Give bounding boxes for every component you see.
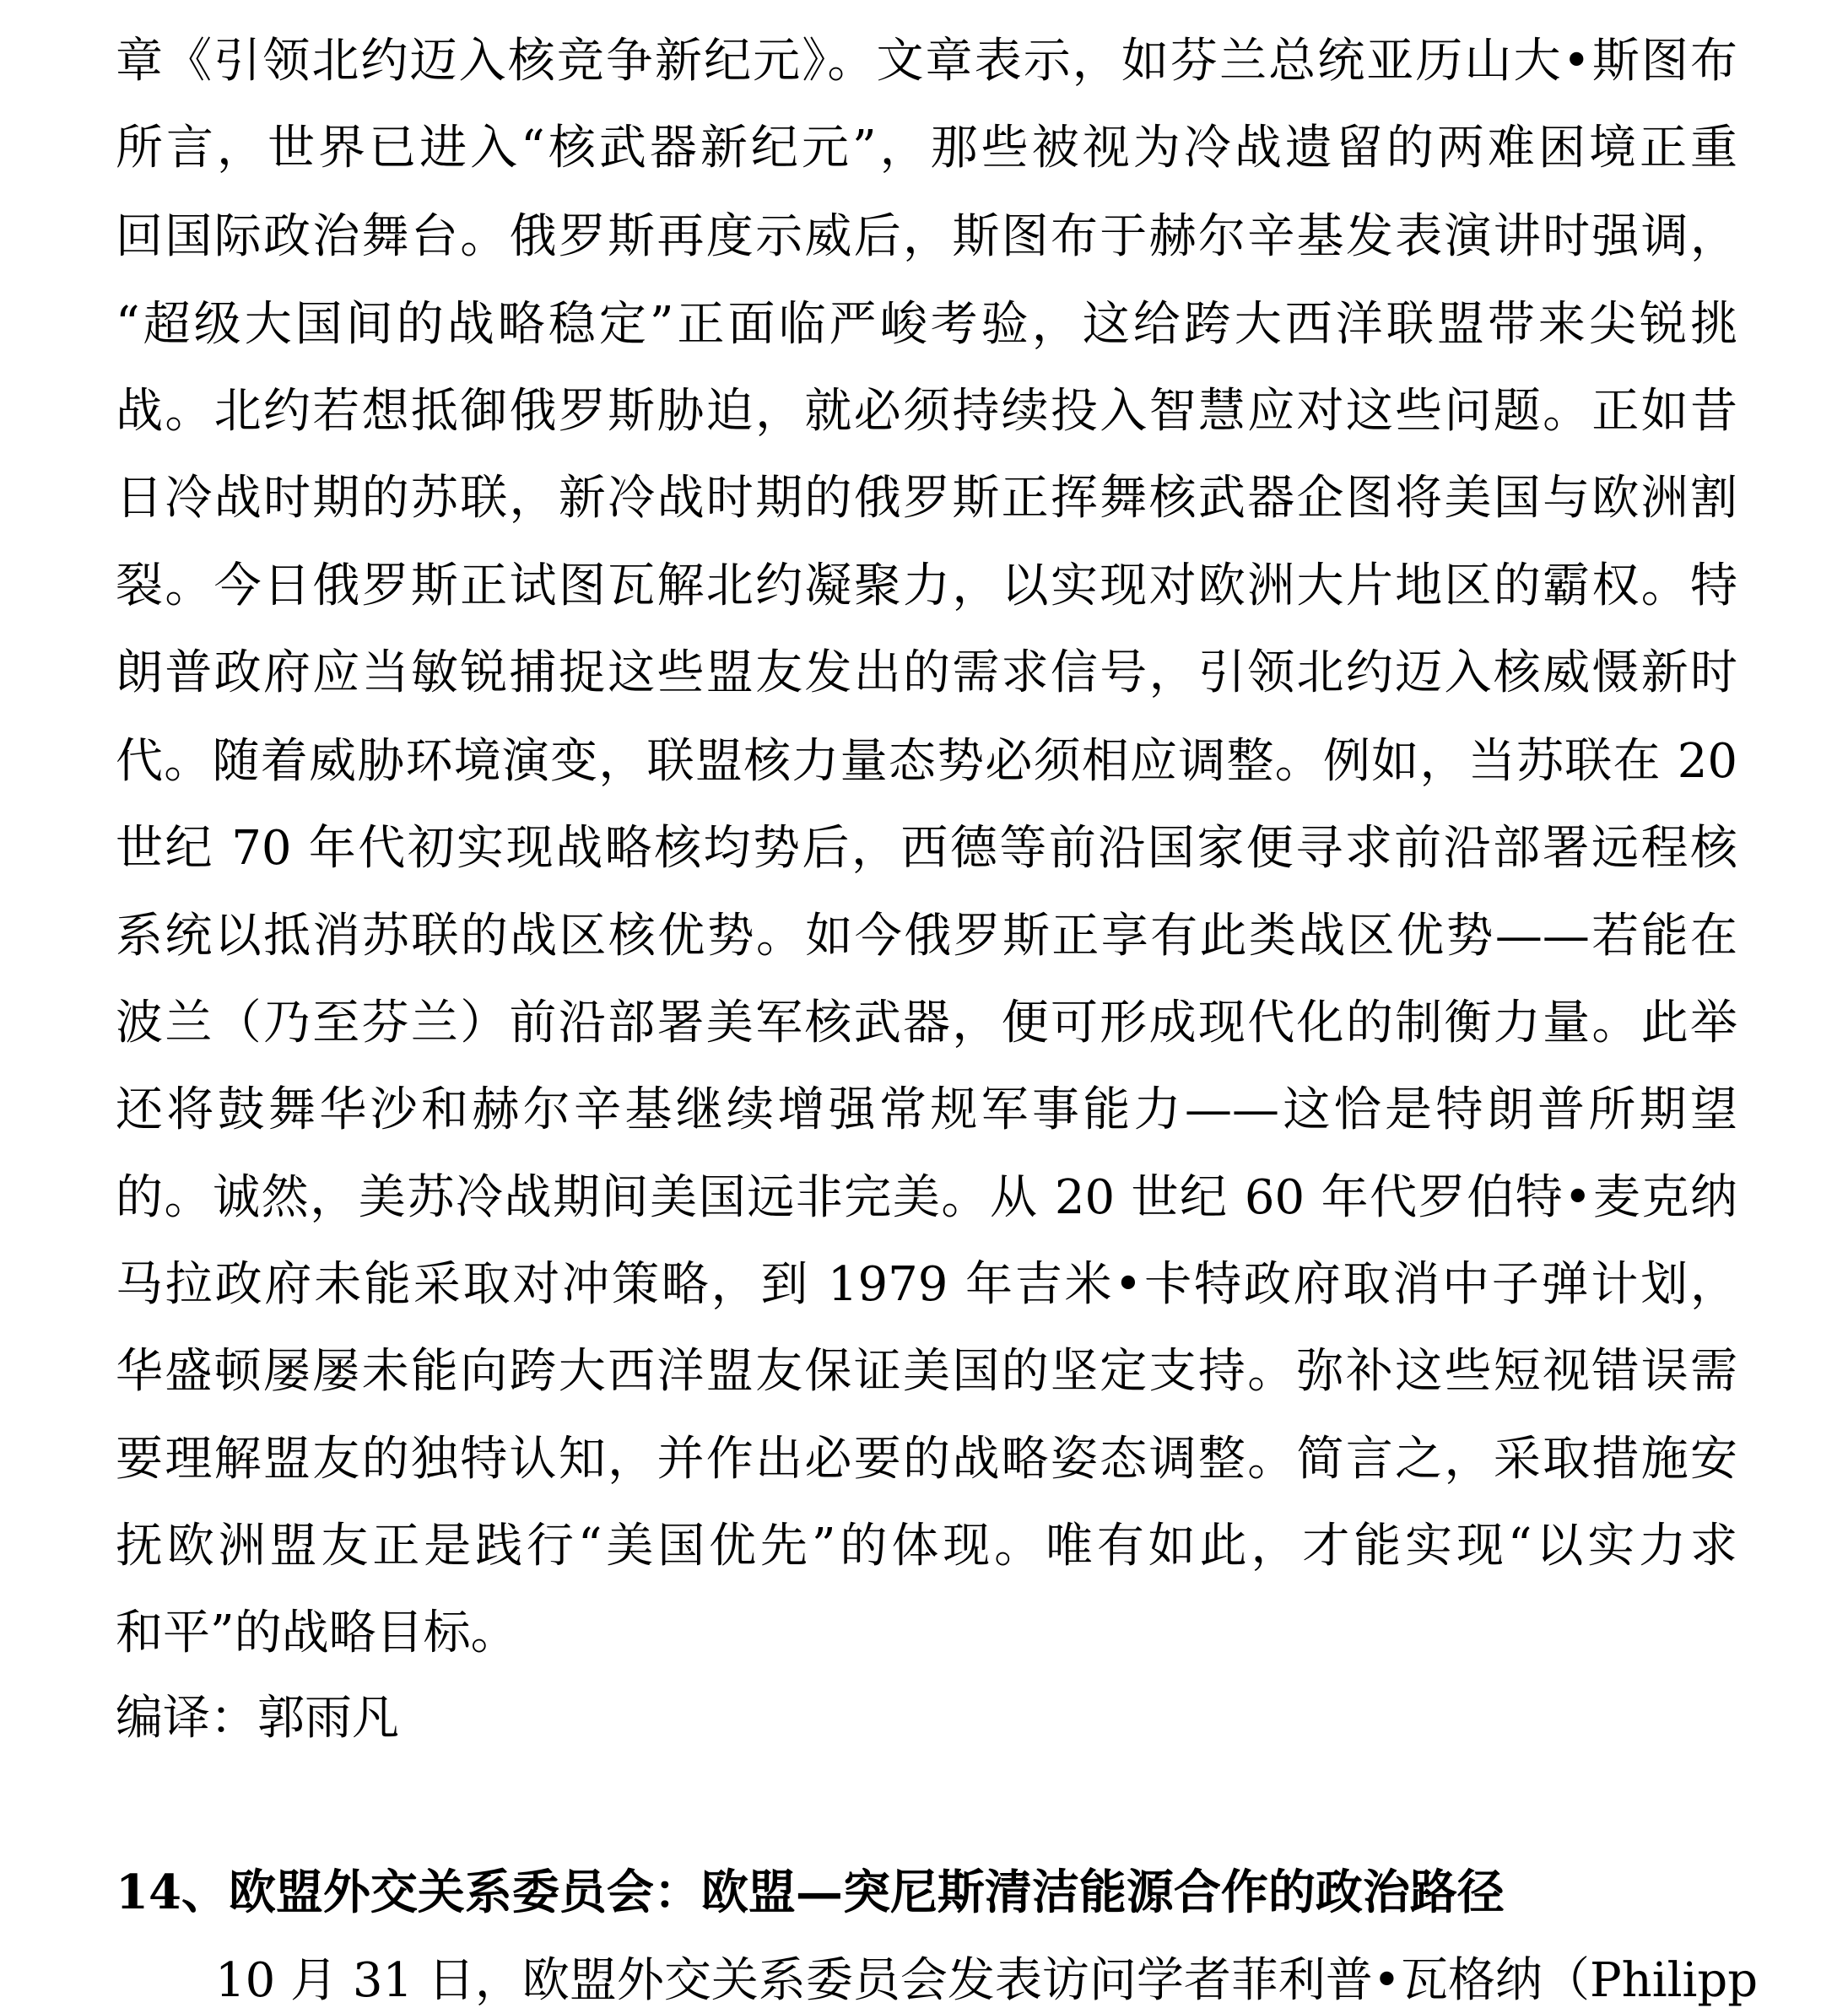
paragraph-line: 抚欧洲盟友正是践行“美国优先”的体现。唯有如此，才能实现“以实力求 [116,1517,1737,1576]
paragraph-line: 的。诚然，美苏冷战期间美国远非完美。从 20 世纪 60 年代罗伯特•麦克纳 [116,1169,1737,1228]
paragraph-line: 战。北约若想抵御俄罗斯胁迫，就必须持续投入智慧应对这些问题。正如昔 [116,382,1737,441]
paragraph-line: 代。随着威胁环境演变，联盟核力量态势必须相应调整。例如，当苏联在 20 [116,732,1737,791]
paragraph-line: 和平”的战略目标。 [116,1604,1737,1663]
paragraph-line: 10 月 31 日，欧盟外交关系委员会发表访问学者菲利普•瓦格纳（Philipp [215,1951,1737,2008]
paragraph-line: 所言，世界已进入“核武器新纪元”，那些被视为冷战遗留的两难困境正重 [116,119,1737,178]
paragraph-line: 波兰（乃至芬兰）前沿部署美军核武器，便可形成现代化的制衡力量。此举 [116,994,1737,1053]
section-heading: 14、欧盟外交关系委员会：欧盟—突尼斯清洁能源合作的政治路径 [116,1863,1505,1922]
paragraph-line: 日冷战时期的苏联，新冷战时期的俄罗斯正挥舞核武器企图将美国与欧洲割 [116,469,1737,528]
paragraph-line: 世纪 70 年代初实现战略核均势后，西德等前沿国家便寻求前沿部署远程核 [116,819,1737,878]
paragraph-line: 裂。今日俄罗斯正试图瓦解北约凝聚力，以实现对欧洲大片地区的霸权。特 [116,557,1737,616]
paragraph-line: 还将鼓舞华沙和赫尔辛基继续增强常规军事能力——这恰是特朗普所期望 [116,1081,1737,1140]
paragraph-line: 朗普政府应当敏锐捕捉这些盟友发出的需求信号，引领北约迈入核威慑新时 [116,644,1737,703]
paragraph-line: 章《引领北约迈入核竞争新纪元》。文章表示，如芬兰总统亚历山大•斯图布 [116,32,1737,91]
paragraph-line: 要理解盟友的独特认知，并作出必要的战略姿态调整。简言之，采取措施安 [116,1430,1737,1489]
paragraph-line: 华盛顿屡屡未能向跨大西洋盟友保证美国的坚定支持。弥补这些短视错误需 [116,1342,1737,1401]
paragraph-line: 系统以抵消苏联的战区核优势。如今俄罗斯正享有此类战区优势——若能在 [116,907,1737,966]
paragraph-line: 回国际政治舞台。俄罗斯再度示威后，斯图布于赫尔辛基发表演讲时强调， [116,208,1737,267]
translator-credit: 编译：郭雨凡 [116,1689,1737,1748]
paragraph-line: “超级大国间的战略稳定”正面临严峻考验，这给跨大西洋联盟带来尖锐挑 [116,295,1737,354]
paragraph-line: 马拉政府未能采取对冲策略，到 1979 年吉米•卡特政府取消中子弹计划， [116,1255,1737,1314]
